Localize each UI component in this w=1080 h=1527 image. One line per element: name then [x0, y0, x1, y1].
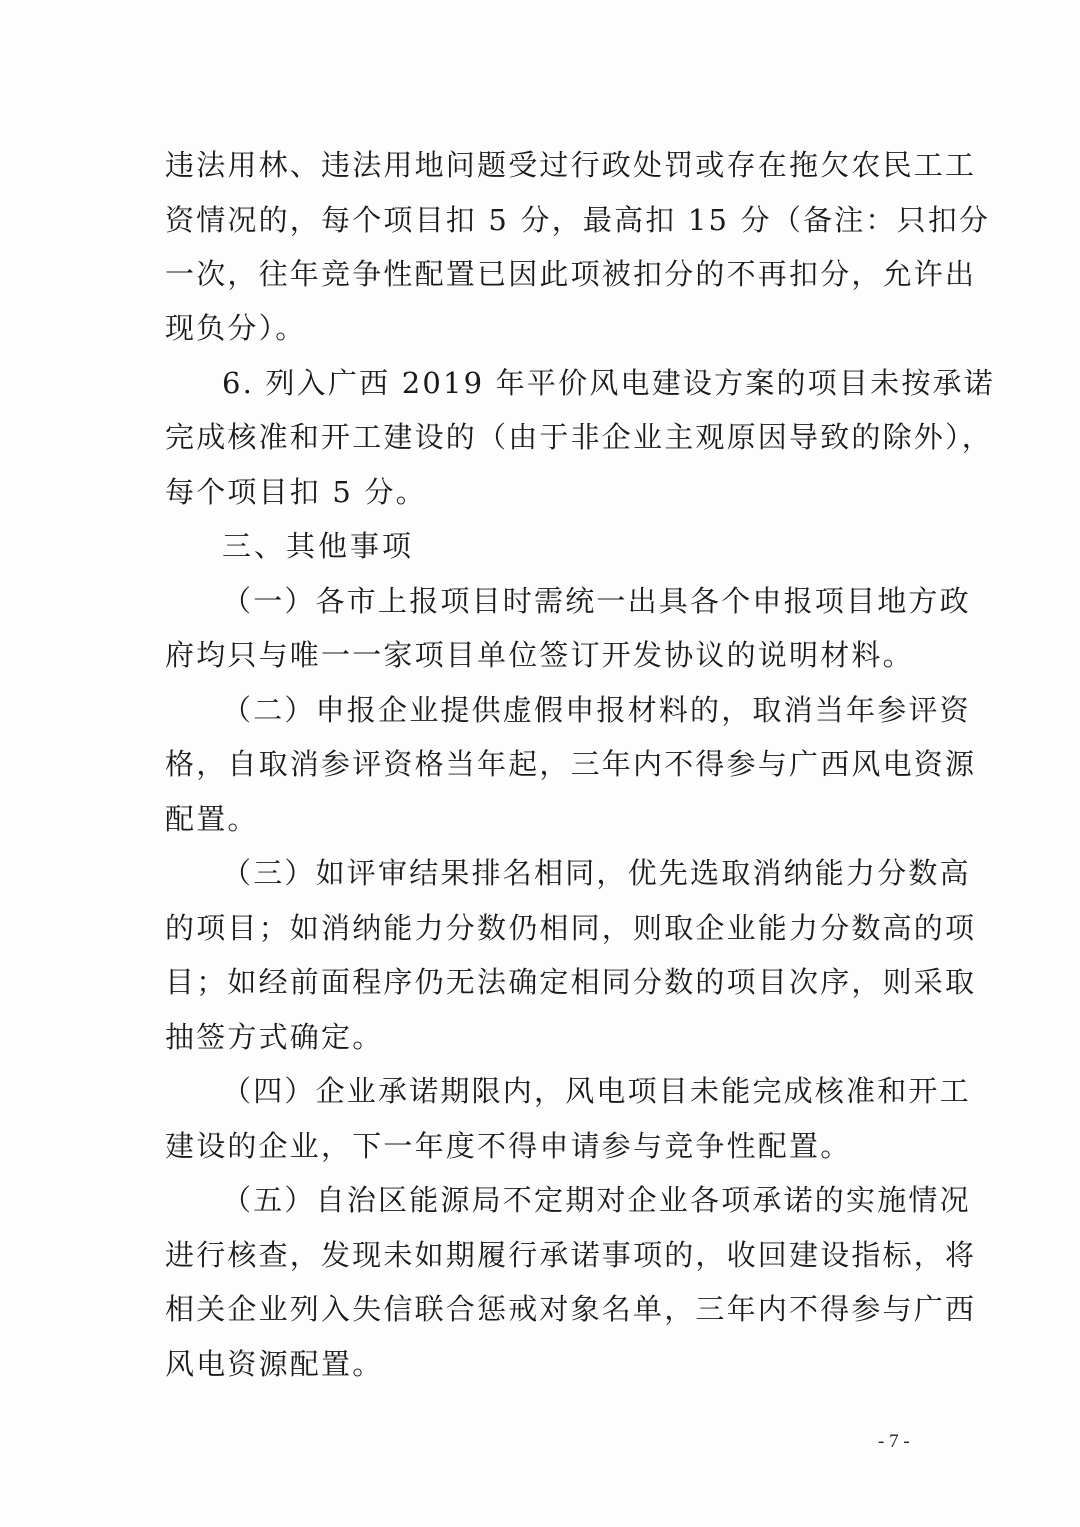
- text-line: （四）企业承诺期限内，风电项目未能完成核准和开工: [222, 1071, 917, 1111]
- text-line: 相关企业列入失信联合惩戒对象名单，三年内不得参与广西: [165, 1289, 917, 1329]
- text-line: 府均只与唯一一家项目单位签订开发协议的说明材料。: [165, 635, 917, 675]
- document-page: 违法用林、违法用地问题受过行政处罚或存在拖欠农民工工 资情况的，每个项目扣 5 …: [0, 0, 1080, 1527]
- text-line: 进行核查，发现未如期履行承诺事项的，收回建设指标，将: [165, 1235, 917, 1275]
- text-line: 的项目；如消纳能力分数仍相同，则取企业能力分数高的项: [165, 908, 917, 948]
- text-line: 建设的企业，下一年度不得申请参与竞争性配置。: [165, 1126, 917, 1166]
- text-line: 配置。: [165, 799, 917, 839]
- text-line: （五）自治区能源局不定期对企业各项承诺的实施情况: [222, 1180, 917, 1220]
- text-line: 6. 列入广西 2019 年平价风电建设方案的项目未按承诺: [222, 363, 917, 403]
- text-line: 风电资源配置。: [165, 1344, 917, 1384]
- text-line: 一次，往年竞争性配置已因此项被扣分的不再扣分，允许出: [165, 254, 917, 294]
- text-line: 完成核准和开工建设的（由于非企业主观原因导致的除外），: [165, 417, 917, 457]
- text-line: （一）各市上报项目时需统一出具各个申报项目地方政: [222, 581, 917, 621]
- page-number: - 7 -: [878, 1430, 910, 1454]
- text-line: （三）如评审结果排名相同，优先选取消纳能力分数高: [222, 853, 917, 893]
- text-line: 违法用林、违法用地问题受过行政处罚或存在拖欠农民工工: [165, 145, 917, 185]
- text-line: 每个项目扣 5 分。: [165, 472, 917, 512]
- text-line: 现负分）。: [165, 308, 917, 348]
- text-line: （二）申报企业提供虚假申报材料的，取消当年参评资: [222, 690, 917, 730]
- text-line: 资情况的，每个项目扣 5 分，最高扣 15 分（备注：只扣分: [165, 200, 917, 240]
- text-line: 目；如经前面程序仍无法确定相同分数的项目次序，则采取: [165, 962, 917, 1002]
- section-heading: 三、其他事项: [222, 526, 414, 566]
- text-line: 抽签方式确定。: [165, 1017, 917, 1057]
- text-line: 格，自取消参评资格当年起，三年内不得参与广西风电资源: [165, 744, 917, 784]
